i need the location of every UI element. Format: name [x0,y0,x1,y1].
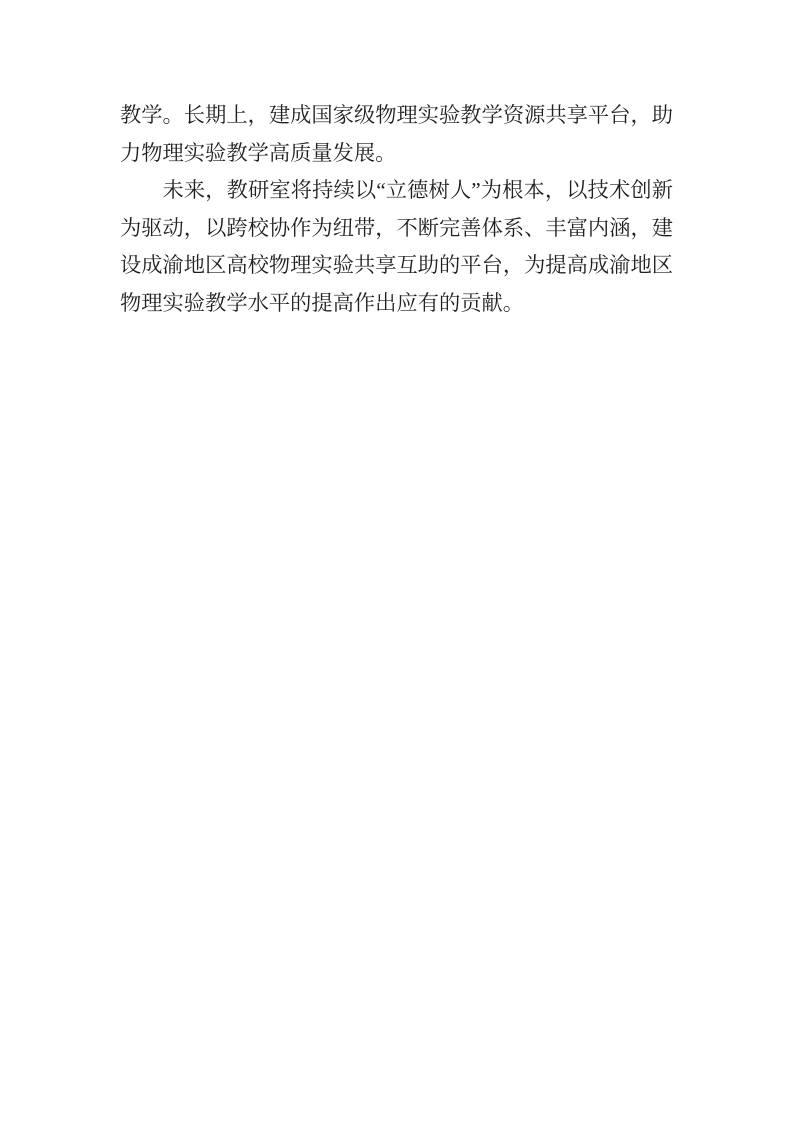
document-text-block: 教学。长期上，建成国家级物理实验教学资源共享平台，助力物理实验教学高质量发展。 … [120,97,673,322]
document-page: 教学。长期上，建成国家级物理实验教学资源共享平台，助力物理实验教学高质量发展。 … [0,0,793,1122]
paragraph-future-outlook: 未来，教研室将持续以“立德树人”为根本，以技术创新为驱动，以跨校协作为纽带，不断… [120,172,673,322]
paragraph-continuation: 教学。长期上，建成国家级物理实验教学资源共享平台，助力物理实验教学高质量发展。 [120,97,673,172]
